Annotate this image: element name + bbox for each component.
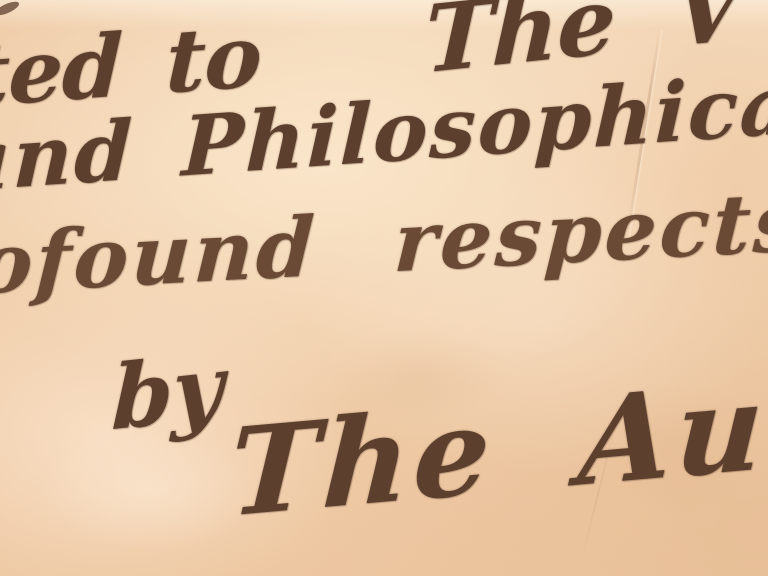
handwriting-line4-fragment: by xyxy=(110,342,223,442)
aged-manuscript-paper: ted to The V and Philosophical ofound re… xyxy=(0,0,768,576)
handwriting-line5-fragment: The Auth xyxy=(227,353,768,534)
cut-off-ink-mark xyxy=(0,0,21,18)
